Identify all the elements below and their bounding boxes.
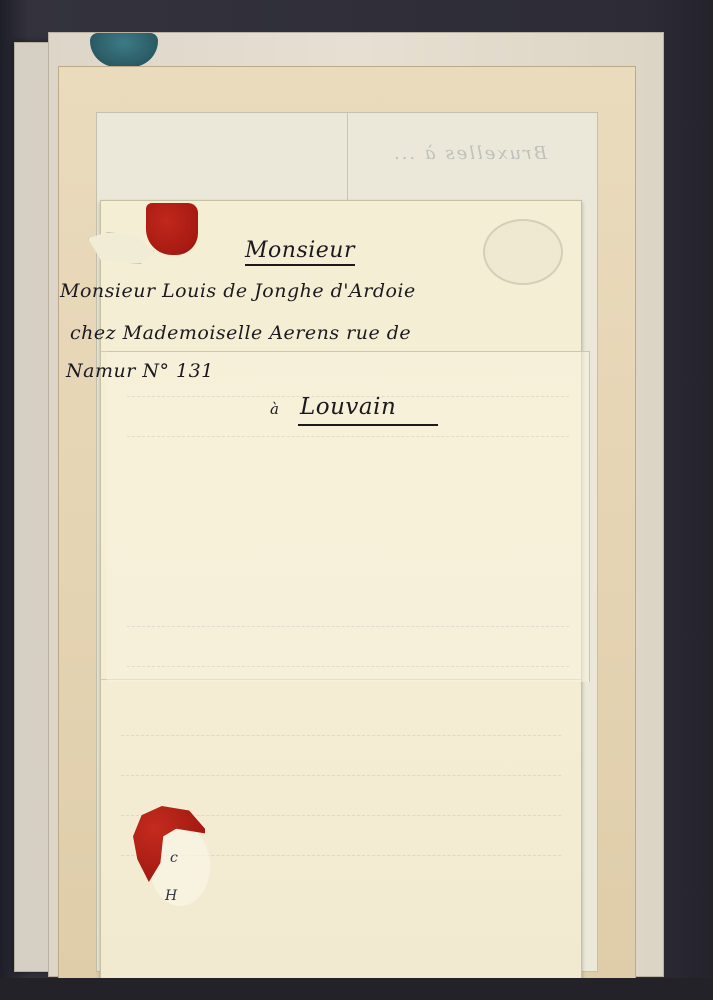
red-wax-seal-top: [146, 203, 198, 255]
embossed-stamp: [483, 219, 563, 285]
frame-edge: [0, 978, 713, 1000]
address-preposition: à: [270, 400, 279, 418]
address-salutation: Monsieur: [245, 238, 355, 263]
bleed-line: [127, 612, 569, 627]
bleed-line: [127, 652, 569, 667]
margin-mark: H: [165, 888, 177, 904]
margin-mark: c: [170, 850, 178, 866]
underline: [245, 264, 355, 266]
bleed-line: [121, 761, 561, 776]
address-city: Louvain: [300, 394, 396, 420]
bleed-line: [121, 721, 561, 736]
address-care-of: chez Mademoiselle Aerens rue de: [70, 322, 411, 344]
address-street: Namur N° 131: [66, 360, 214, 382]
underline: [298, 424, 438, 426]
address-recipient: Monsieur Louis de Jonghe d'Ardoie: [60, 280, 416, 302]
bleed-through-text: Bruxelles à ...: [227, 143, 547, 193]
